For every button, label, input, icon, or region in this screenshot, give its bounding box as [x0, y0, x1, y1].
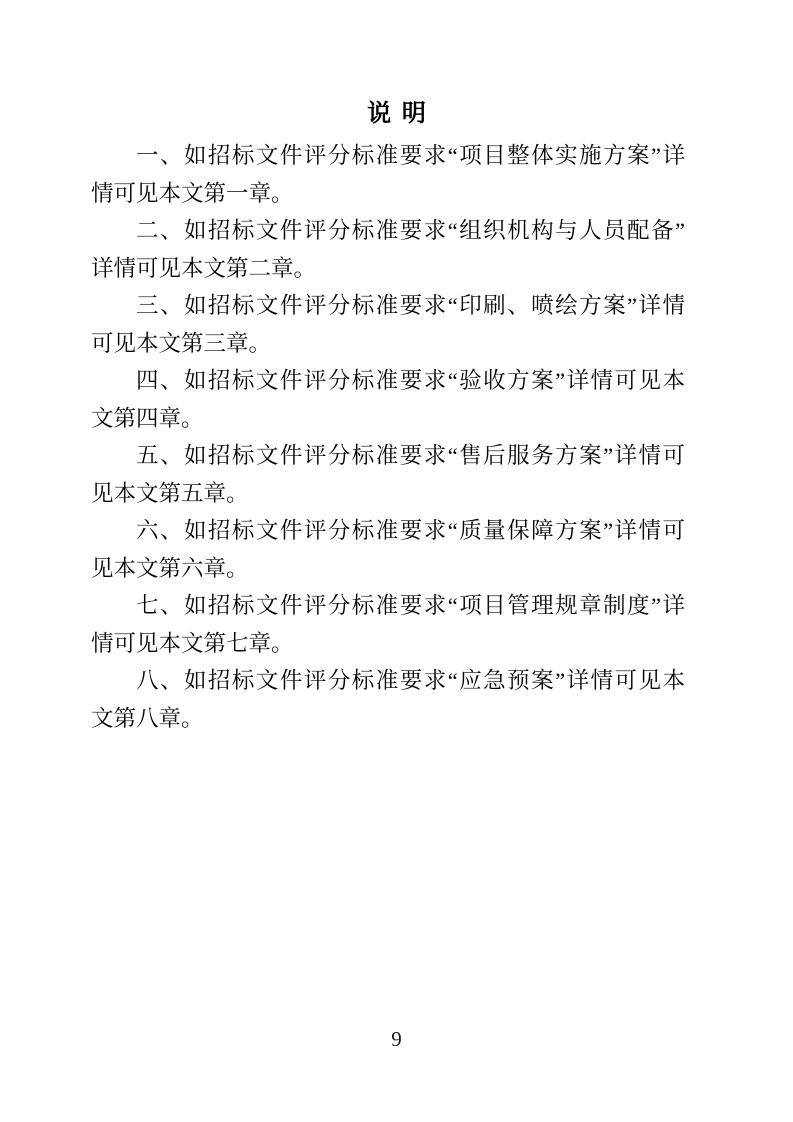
paragraph-8-line-2: 文第八章。 — [91, 700, 685, 738]
paragraph-7-line-2: 情可见本文第七章。 — [91, 625, 685, 663]
paragraph-7: 七、如招标文件评分标准要求“项目管理规章制度”详 情可见本文第七章。 — [91, 587, 685, 662]
paragraph-1-line-1: 一、如招标文件评分标准要求“项目整体实施方案”详 — [91, 137, 685, 175]
paragraph-2: 二、如招标文件评分标准要求“组织机构与人员配备” 详情可见本文第二章。 — [91, 212, 685, 287]
document-page: 说 明 一、如招标文件评分标准要求“项目整体实施方案”详 情可见本文第一章。 二… — [0, 0, 793, 1122]
paragraph-4-line-1: 四、如招标文件评分标准要求“验收方案”详情可见本 — [91, 362, 685, 400]
paragraph-3-line-2: 可见本文第三章。 — [91, 325, 685, 363]
paragraph-8: 八、如招标文件评分标准要求“应急预案”详情可见本 文第八章。 — [91, 662, 685, 737]
paragraph-4-line-2: 文第四章。 — [91, 400, 685, 438]
paragraph-6: 六、如招标文件评分标准要求“质量保障方案”详情可 见本文第六章。 — [91, 512, 685, 587]
paragraph-7-line-1: 七、如招标文件评分标准要求“项目管理规章制度”详 — [91, 587, 685, 625]
page-number: 9 — [0, 1024, 793, 1054]
paragraph-5: 五、如招标文件评分标准要求“售后服务方案”详情可 见本文第五章。 — [91, 437, 685, 512]
paragraph-2-line-2: 详情可见本文第二章。 — [91, 250, 685, 288]
paragraph-2-line-1: 二、如招标文件评分标准要求“组织机构与人员配备” — [91, 212, 685, 250]
paragraph-5-line-2: 见本文第五章。 — [91, 475, 685, 513]
paragraph-4: 四、如招标文件评分标准要求“验收方案”详情可见本 文第四章。 — [91, 362, 685, 437]
paragraph-5-line-1: 五、如招标文件评分标准要求“售后服务方案”详情可 — [91, 437, 685, 475]
paragraph-6-line-1: 六、如招标文件评分标准要求“质量保障方案”详情可 — [91, 512, 685, 550]
paragraph-8-line-1: 八、如招标文件评分标准要求“应急预案”详情可见本 — [91, 662, 685, 700]
paragraph-3: 三、如招标文件评分标准要求“印刷、喷绘方案”详情 可见本文第三章。 — [91, 287, 685, 362]
paragraph-6-line-2: 见本文第六章。 — [91, 550, 685, 588]
paragraph-3-line-1: 三、如招标文件评分标准要求“印刷、喷绘方案”详情 — [91, 287, 685, 325]
page-title: 说 明 — [0, 99, 793, 129]
paragraph-1-line-2: 情可见本文第一章。 — [91, 175, 685, 213]
paragraph-1: 一、如招标文件评分标准要求“项目整体实施方案”详 情可见本文第一章。 — [91, 137, 685, 212]
document-body: 一、如招标文件评分标准要求“项目整体实施方案”详 情可见本文第一章。 二、如招标… — [91, 137, 685, 737]
